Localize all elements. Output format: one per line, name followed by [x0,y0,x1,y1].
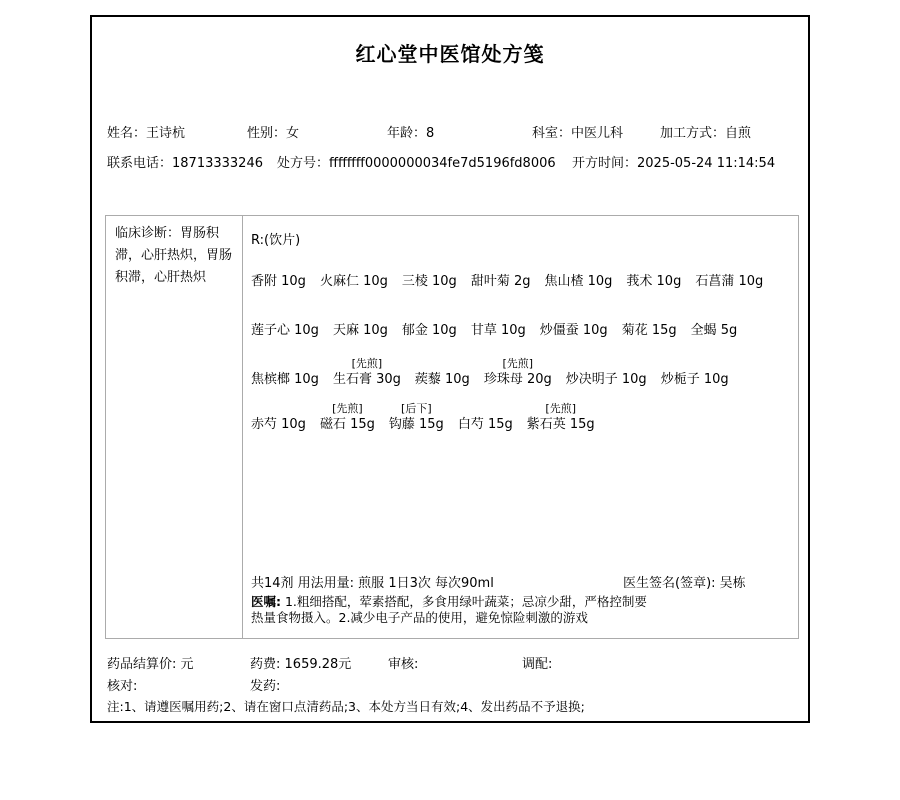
herb-name-amount: 炒决明子 10g [566,371,647,388]
issue-field: 发药: [250,675,280,694]
herb-item: 蒺藜 10g [415,356,470,388]
herb-name-amount: 白芍 15g [458,416,513,433]
fee-label: 药费: [250,657,280,672]
herb-item: [先煎]生石膏 30g [333,356,401,388]
patient-gender-label: 性别： [247,126,286,141]
rx-time-label: 开方时间： [572,156,637,171]
herb-item: 菊花 15g [622,322,677,339]
herb-decoction-note: [先煎] [545,401,576,416]
herb-item: 焦山楂 10g [544,273,612,290]
patient-age-label: 年龄： [387,126,426,141]
herb-name-amount: 莪术 10g [626,273,681,290]
phone-field: 联系电话：18713333246 [107,152,263,171]
herb-item: 天麻 10g [333,322,388,339]
usage-notes: 注:1、请遵医嘱用药;2、请在窗口点清药品;3、本处方当日有效;4、发出药品不予… [107,697,585,715]
herb-name-amount: 石菖蒲 10g [695,273,763,290]
herb-name-amount: 香附 10g [251,273,306,290]
patient-gender-field: 性别：女 [247,122,299,141]
settle-price-field: 药品结算价: 元 [107,653,194,672]
medical-advice-text: 1.粗细搭配，荤素搭配，多食用绿叶蔬菜；忌凉少甜，严格控制要热量食物摄入。2.减… [251,594,647,625]
rx-number-label: 处方号： [277,156,329,171]
herb-item: 赤芍 10g [251,401,306,433]
rx-time-value: 2025-05-24 11:14:54 [637,156,775,171]
page-title: 红心堂中医馆处方笺 [92,38,808,67]
dispense-field: 调配: [522,653,552,672]
clinical-diagnosis: 临床诊断：胃肠积滞，心肝热炽，胃肠积滞，心肝热炽 [106,216,243,638]
usage-row: 共14剂 用法用量: 煎服 1日3次 每次90ml 医生签名(签章): 吴栋 [251,572,790,589]
herb-name-amount: 天麻 10g [333,322,388,339]
review-field: 审核: [388,653,418,672]
herb-item: 香附 10g [251,273,306,290]
patient-dept-field: 科室：中医儿科 [532,122,623,141]
herb-item: 炒决明子 10g [566,356,647,388]
process-method-value: 自煎 [725,126,751,141]
herb-item: [先煎]紫石英 15g [527,401,595,433]
herb-name-amount: 紫石英 15g [527,416,595,433]
herb-name-amount: 莲子心 10g [251,322,319,339]
rx-type-header: R:(饮片) [251,229,300,248]
herb-name-amount: 炒栀子 10g [661,371,729,388]
herb-name-amount: 甘草 10g [471,322,526,339]
doctor-signature-field: 医生签名(签章): 吴栋 [623,572,746,591]
herb-name-amount: 钩藤 15g [389,416,444,433]
herb-name-amount: 珍珠母 20g [484,371,552,388]
patient-name-field: 姓名：王诗杭 [107,122,185,141]
footer-row-2: 核对: 发药: [92,675,808,691]
herb-line: 香附 10g火麻仁 10g三棱 10g甜叶菊 2g焦山楂 10g莪术 10g石菖… [251,273,794,290]
doctor-signature-label: 医生签名(签章): [623,576,716,591]
herb-decoction-note: [先煎] [332,401,363,416]
fee-field: 药费: 1659.28元 [250,653,351,672]
patient-name-label: 姓名： [107,126,146,141]
herb-name-amount: 菊花 15g [622,322,677,339]
herb-name-amount: 焦槟榔 10g [251,371,319,388]
herb-name-amount: 甜叶菊 2g [471,273,531,290]
herb-decoction-note: [后下] [401,401,432,416]
prescription-sheet: 红心堂中医馆处方笺 姓名：王诗杭 性别：女 年龄：8 科室：中医儿科 加工方式：… [90,15,810,723]
footer-row-1: 药品结算价: 元 药费: 1659.28元 审核: 调配: [92,653,808,669]
herb-item: 三棱 10g [402,273,457,290]
herb-name-amount: 全蝎 5g [691,322,738,339]
patient-dept-label: 科室： [532,126,571,141]
herb-decoction-note: [先煎] [502,356,533,371]
phone-value: 18713333246 [172,156,263,171]
herb-name-amount: 三棱 10g [402,273,457,290]
rx-time-field: 开方时间：2025-05-24 11:14:54 [572,152,775,171]
herb-name-amount: 蒺藜 10g [415,371,470,388]
settle-price-value: 元 [181,657,194,672]
herb-item: [后下]钩藤 15g [389,401,444,433]
herb-item: 炒栀子 10g [661,356,729,388]
prescription-box: 临床诊断：胃肠积滞，心肝热炽，胃肠积滞，心肝热炽 R:(饮片) 香附 10g火麻… [105,215,799,639]
herb-item: 火麻仁 10g [320,273,388,290]
herb-item: [先煎]珍珠母 20g [484,356,552,388]
herb-item: [先煎]磁石 15g [320,401,375,433]
herb-line: 莲子心 10g天麻 10g郁金 10g甘草 10g炒僵蚕 10g菊花 15g全蝎… [251,322,794,339]
herb-item: 焦槟榔 10g [251,356,319,388]
medical-advice: 医嘱: 1.粗细搭配，荤素搭配，多食用绿叶蔬菜；忌凉少甜，严格控制要热量食物摄入… [251,594,647,625]
patient-info-row-2: 联系电话：18713333246 处方号：ffffffff0000000034f… [92,152,808,169]
herb-decoction-note: [先煎] [352,356,383,371]
herb-item: 郁金 10g [402,322,457,339]
usage-summary: 共14剂 用法用量: 煎服 1日3次 每次90ml [251,572,494,591]
herb-item: 莪术 10g [626,273,681,290]
herb-item: 莲子心 10g [251,322,319,339]
herb-item: 炒僵蚕 10g [540,322,608,339]
herb-item: 甘草 10g [471,322,526,339]
herb-name-amount: 炒僵蚕 10g [540,322,608,339]
herb-item: 白芍 15g [458,401,513,433]
rx-number-field: 处方号：ffffffff0000000034fe7d5196fd8006 [277,152,556,171]
herb-item: 甜叶菊 2g [471,273,531,290]
fee-value: 1659.28元 [285,657,352,672]
phone-label: 联系电话： [107,156,172,171]
herb-name-amount: 火麻仁 10g [320,273,388,290]
patient-gender-value: 女 [286,126,299,141]
doctor-signature-value: 吴栋 [720,576,746,591]
patient-dept-value: 中医儿科 [571,126,623,141]
herb-item: 石菖蒲 10g [695,273,763,290]
process-method-label: 加工方式： [660,126,725,141]
patient-age-field: 年龄：8 [387,122,434,141]
herb-item: 全蝎 5g [691,322,738,339]
settle-price-label: 药品结算价: [107,657,176,672]
herb-name-amount: 郁金 10g [402,322,457,339]
herb-lines: 香附 10g火麻仁 10g三棱 10g甜叶菊 2g焦山楂 10g莪术 10g石菖… [251,273,794,433]
patient-age-value: 8 [426,126,434,141]
herb-name-amount: 磁石 15g [320,416,375,433]
herb-line: 焦槟榔 10g[先煎]生石膏 30g蒺藜 10g[先煎]珍珠母 20g炒决明子 … [251,356,794,388]
check-field: 核对: [107,675,137,694]
patient-info-row-1: 姓名：王诗杭 性别：女 年龄：8 科室：中医儿科 加工方式：自煎 [92,122,808,139]
process-method-field: 加工方式：自煎 [660,122,751,141]
rx-number-value: ffffffff0000000034fe7d5196fd8006 [329,156,556,171]
herb-name-amount: 生石膏 30g [333,371,401,388]
patient-name-value: 王诗杭 [146,126,185,141]
herb-line: 赤芍 10g[先煎]磁石 15g[后下]钩藤 15g白芍 15g[先煎]紫石英 … [251,401,794,433]
herb-name-amount: 赤芍 10g [251,416,306,433]
herb-name-amount: 焦山楂 10g [544,273,612,290]
footer-note-row: 注:1、请遵医嘱用药;2、请在窗口点清药品;3、本处方当日有效;4、发出药品不予… [92,697,808,713]
prescription-content: R:(饮片) 香附 10g火麻仁 10g三棱 10g甜叶菊 2g焦山楂 10g莪… [243,216,798,638]
medical-advice-label: 医嘱: [251,594,281,609]
